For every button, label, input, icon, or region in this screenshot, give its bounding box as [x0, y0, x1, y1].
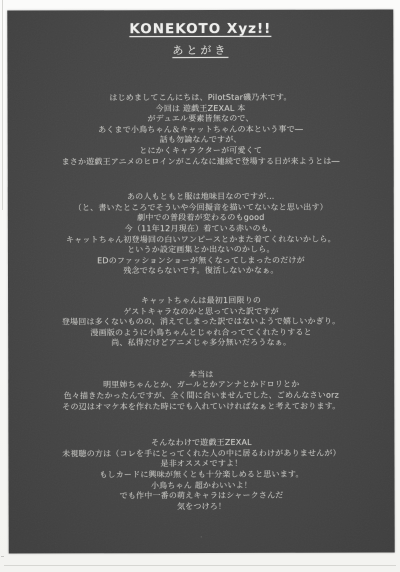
- afterword-paragraph: あの人もともと服は地味目なのですが…（と、書いたところでそういや今回擬音を描いて…: [14, 192, 388, 278]
- scanner-corner-artifact: [1, 556, 4, 557]
- afterword-paragraph: 本当は明里姉ちゃんとか、ガールとかアンナとかドロリとか色々描きたかったんですが、…: [14, 369, 388, 412]
- afterword-line: 色々描きたかったんですが、全く間に合いませんでした、ごめんなさいorz: [14, 391, 388, 403]
- scan-viewport: KONEKOTO Xyz!! あとがき はじめましてこんにちは、PilotSta…: [0, 0, 400, 572]
- afterword-page: KONEKOTO Xyz!! あとがき はじめましてこんにちは、PilotSta…: [7, 9, 394, 553]
- book-title: KONEKOTO Xyz!!: [7, 20, 393, 37]
- afterword-line: 登場回は多くないものの、消えてしまった訳ではないようで嬉しいかぎり。: [14, 317, 388, 329]
- afterword-paragraph: キャットちゃんは最初1回限りのゲストキャラなのかと思っていた訳ですが登場回は多く…: [14, 295, 388, 349]
- afterword-paragraph: はじめましてこんにちは、PilotStar磯乃木です。今回は 遊戯王ZEXAL …: [14, 93, 388, 168]
- afterword-line: その辺はオマケ本を作れた時にでも入れていければなぁと考えております。: [14, 401, 388, 413]
- afterword-heading: あとがき: [7, 41, 393, 58]
- scanner-edge-artifact: [2, 0, 3, 210]
- page-number-mark: ·: [9, 534, 395, 542]
- afterword-line: 尚、私得だけどアニメじゃ多分無いだろうなぁ。: [14, 338, 388, 350]
- afterword-line: 残念でならないです。復活しないかなぁ。: [14, 266, 388, 278]
- afterword-body: はじめましてこんにちは、PilotStar磯乃木です。今回は 遊戯王ZEXAL …: [8, 92, 395, 512]
- afterword-content: KONEKOTO Xyz!! あとがき はじめましてこんにちは、PilotSta…: [7, 20, 394, 553]
- afterword-paragraph: そんなわけで遊戯王ZEXAL未視聴の方は（コレを手にとってくれた人の中に居るわけ…: [14, 438, 388, 513]
- afterword-line: キャットちゃん初登場回の白いワンピースとかまた着てくれないかしら。: [14, 234, 388, 246]
- scanner-line-artifact: [4, 565, 396, 566]
- afterword-line: まさか遊戯王アニメのヒロインがこんなに連続で登場する日が来ようとは―: [14, 156, 388, 168]
- afterword-line: 気をつけろ！: [15, 501, 389, 513]
